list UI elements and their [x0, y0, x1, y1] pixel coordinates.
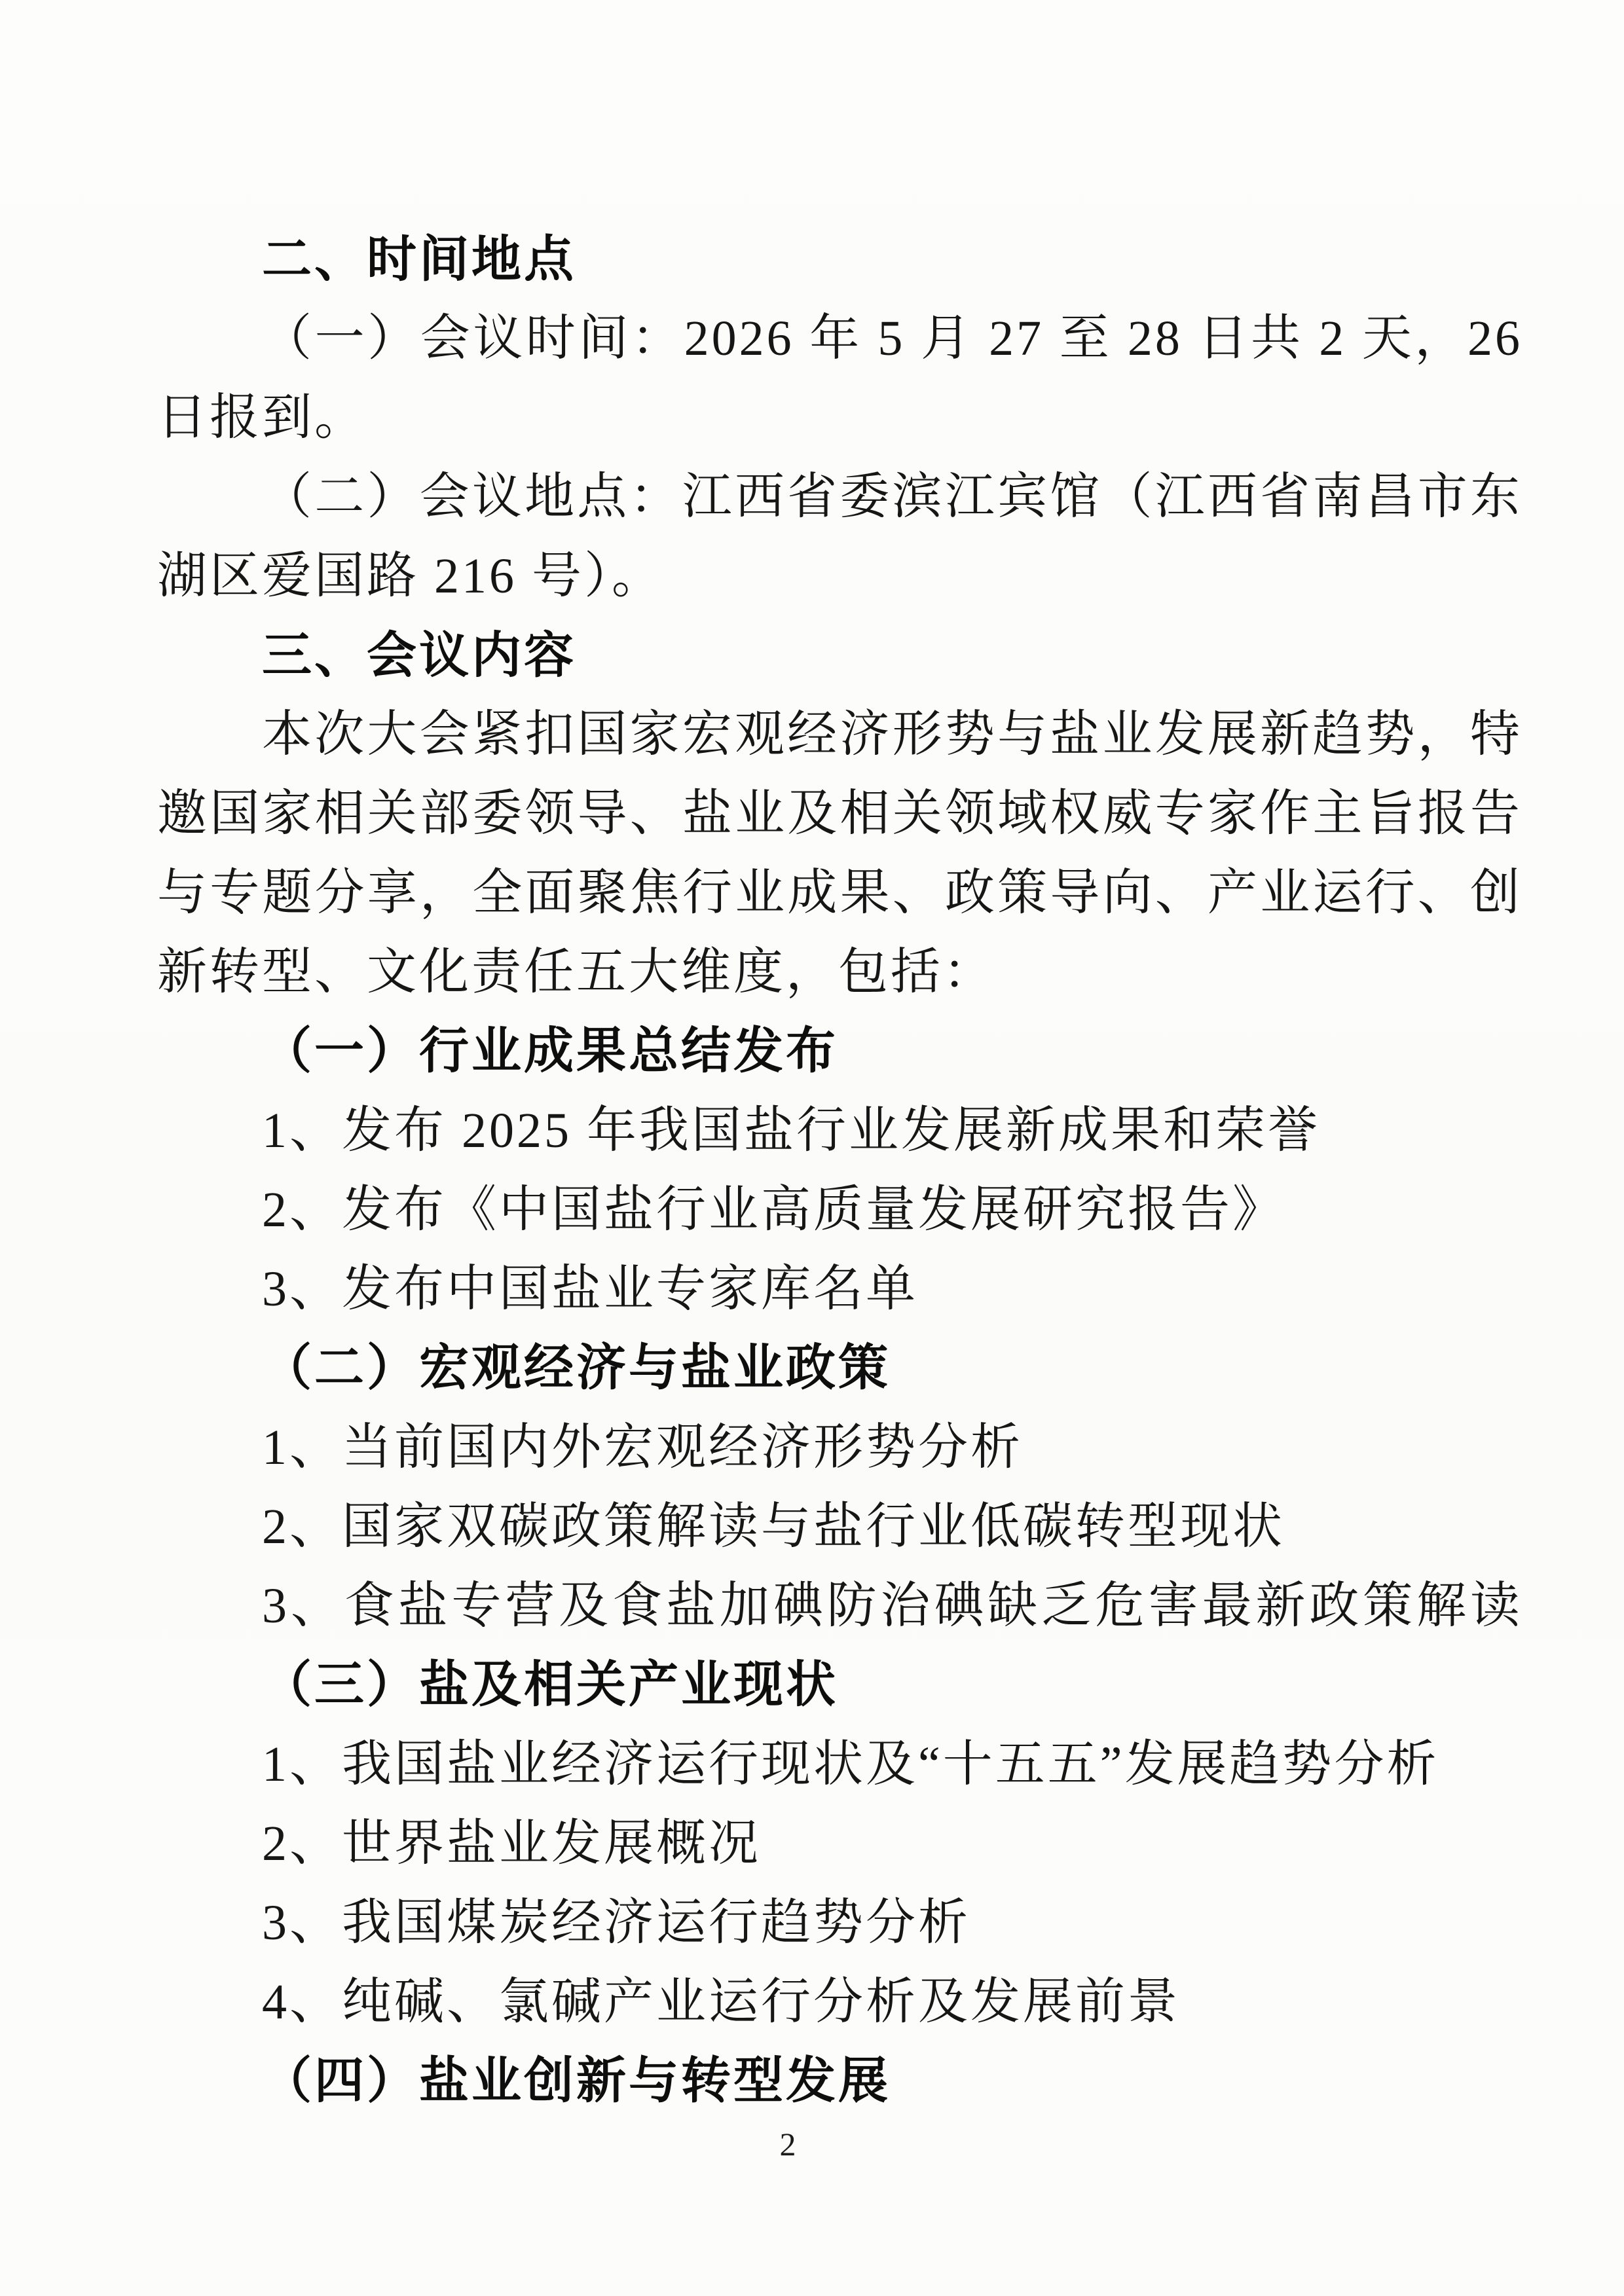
list-item: 3、发布中国盐业专家库名单 — [157, 1250, 1522, 1329]
intro-paragraph-line-1: 本次大会紧扣国家宏观经济形势与盐业发展新趋势，特 — [157, 695, 1522, 774]
list-item: 3、我国煤炭经济运行趋势分析 — [157, 1884, 1522, 1963]
intro-paragraph-line-3: 与专题分享，全面聚焦行业成果、政策导向、产业运行、创 — [157, 854, 1522, 933]
section-heading-time-location: 二、时间地点 — [157, 220, 1522, 299]
subsection-heading-industry-status: （三）盐及相关产业现状 — [157, 1646, 1522, 1725]
list-item: 2、国家双碳政策解读与盐行业低碳转型现状 — [157, 1487, 1522, 1567]
subsection-heading-innovation-transformation: （四）盐业创新与转型发展 — [157, 2042, 1522, 2121]
subsection-heading-industry-results: （一）行业成果总结发布 — [157, 1012, 1522, 1091]
list-item: 2、发布《中国盐行业高质量发展研究报告》 — [157, 1171, 1522, 1250]
list-item: 2、世界盐业发展概况 — [157, 1804, 1522, 1884]
list-item: 1、我国盐业经济运行现状及“十五五”发展趋势分析 — [157, 1725, 1522, 1804]
section-heading-meeting-content: 三、会议内容 — [157, 616, 1522, 695]
meeting-location-line-2: 湖区爱国路 216 号）。 — [157, 537, 1522, 616]
meeting-time-line-2: 日报到。 — [157, 378, 1522, 458]
intro-paragraph-line-2: 邀国家相关部委领导、盐业及相关领域权威专家作主旨报告 — [157, 774, 1522, 854]
page-number: 2 — [0, 2125, 1576, 2163]
list-item: 1、发布 2025 年我国盐行业发展新成果和荣誉 — [157, 1091, 1522, 1171]
list-item: 3、食盐专营及食盐加碘防治碘缺乏危害最新政策解读 — [157, 1567, 1522, 1646]
document-page: 二、时间地点 （一）会议时间：2026 年 5 月 27 至 28 日共 2 天… — [0, 0, 1624, 2296]
document-body: 二、时间地点 （一）会议时间：2026 年 5 月 27 至 28 日共 2 天… — [157, 220, 1522, 2121]
list-item: 4、纯碱、氯碱产业运行分析及发展前景 — [157, 1963, 1522, 2042]
subsection-heading-macro-economy-policy: （二）宏观经济与盐业政策 — [157, 1329, 1522, 1408]
list-item: 1、当前国内外宏观经济形势分析 — [157, 1408, 1522, 1487]
meeting-time-line-1: （一）会议时间：2026 年 5 月 27 至 28 日共 2 天，26 — [157, 299, 1522, 378]
meeting-location-line-1: （二）会议地点：江西省委滨江宾馆（江西省南昌市东 — [157, 458, 1522, 537]
intro-paragraph-line-4: 新转型、文化责任五大维度，包括： — [157, 933, 1522, 1012]
